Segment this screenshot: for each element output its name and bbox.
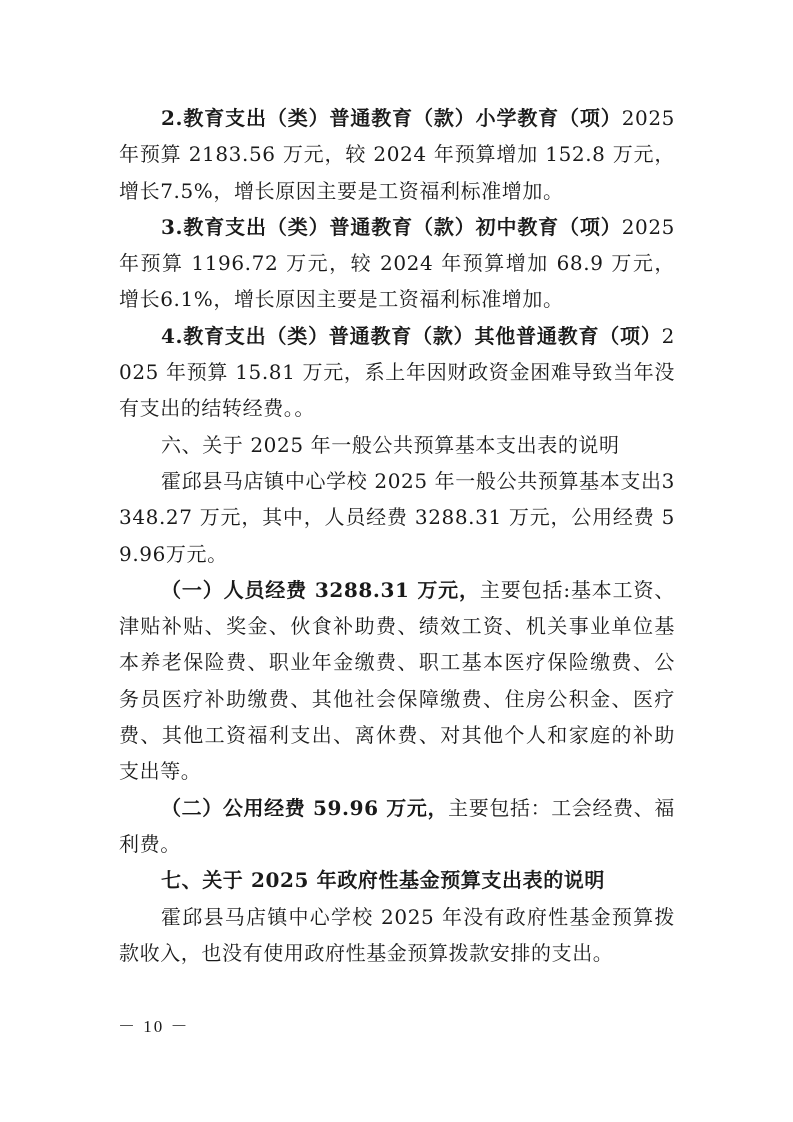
- item4-heading: 4.教育支出（类）普通教育（款）其他普通教育（项）: [161, 324, 662, 348]
- public-label: （二）公用经费 59.96 万元，: [161, 796, 448, 820]
- personnel-text: 主要包括:基本工资、津贴补贴、奖金、伙食补助费、绩效工资、机关事业单位基本养老保…: [119, 578, 675, 783]
- personnel-paragraph: （一）人员经费 3288.31 万元，主要包括:基本工资、津贴补贴、奖金、伙食补…: [119, 572, 675, 790]
- personnel-label: （一）人员经费 3288.31 万元，: [161, 578, 480, 602]
- public-paragraph: （二）公用经费 59.96 万元，主要包括：工会经费、福利费。: [119, 790, 675, 863]
- item3-heading: 3.教育支出（类）普通教育（款）初中教育（项）: [161, 215, 622, 239]
- document-page: 2.教育支出（类）普通教育（款）小学教育（项）2025年预算 2183.56 万…: [119, 100, 675, 971]
- item4-paragraph: 4.教育支出（类）普通教育（款）其他普通教育（项）2025 年预算 15.81 …: [119, 318, 675, 427]
- section6-summary: 霍邱县马店镇中心学校 2025 年一般公共预算基本支出3348.27 万元，其中…: [119, 463, 675, 572]
- page-number: － 10 －: [118, 1012, 190, 1037]
- section6-title: 六、关于 2025 年一般公共预算基本支出表的说明: [119, 427, 675, 463]
- item2-heading: 2.教育支出（类）普通教育（款）小学教育（项）: [161, 106, 622, 130]
- section7-text: 霍邱县马店镇中心学校 2025 年没有政府性基金预算拨款收入，也没有使用政府性基…: [119, 899, 675, 972]
- section7-title: 七、关于 2025 年政府性基金预算支出表的说明: [119, 862, 675, 898]
- item3-paragraph: 3.教育支出（类）普通教育（款）初中教育（项）2025年预算 1196.72 万…: [119, 209, 675, 318]
- item2-paragraph: 2.教育支出（类）普通教育（款）小学教育（项）2025年预算 2183.56 万…: [119, 100, 675, 209]
